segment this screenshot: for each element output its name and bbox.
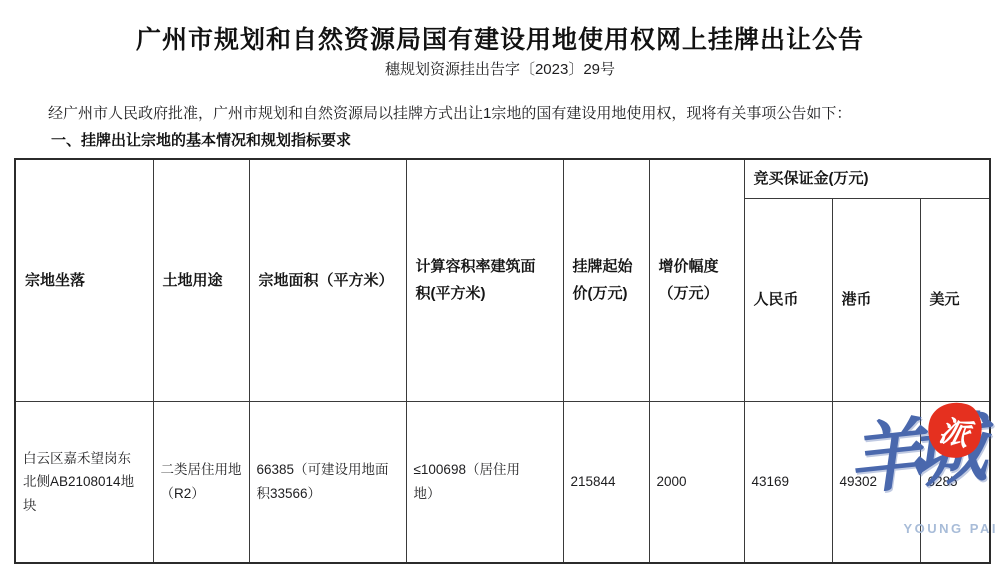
cell-floor-area: ≤100698（居住用 地）	[406, 402, 563, 563]
col-header-deposit-group: 竞买保证金(万元)	[744, 159, 990, 199]
cell-deposit-usd: 6285	[920, 402, 990, 563]
col-header-starting-price: 挂牌起始 价(万元)	[563, 159, 649, 402]
doc-number: 穗规划资源挂出告字〔2023〕29号	[0, 58, 1000, 79]
section-heading: 一、挂牌出让宗地的基本情况和规划指标要求	[18, 129, 982, 150]
cell-deposit-hkd: 49302	[832, 402, 920, 563]
col-header-deposit-rmb: 人民币	[744, 199, 832, 402]
cell-parcel-area: 66385（可建设用地面 积33566）	[249, 402, 406, 563]
col-header-parcel-area: 宗地面积（平方米）	[249, 159, 406, 402]
col-header-deposit-hkd: 港币	[832, 199, 920, 402]
col-header-land-use: 土地用途	[153, 159, 249, 402]
cell-land-use: 二类居住用地 （R2）	[153, 402, 249, 563]
col-header-floor-area: 计算容积率建筑面 积(平方米)	[406, 159, 563, 402]
cell-deposit-rmb: 43169	[744, 402, 832, 563]
col-header-deposit-usd: 美元	[920, 199, 990, 402]
page-title: 广州市规划和自然资源局国有建设用地使用权网上挂牌出让公告	[0, 20, 1000, 56]
col-header-increment: 增价幅度 （万元）	[649, 159, 744, 402]
cell-starting-price: 215844	[563, 402, 649, 563]
table-row: 白云区嘉禾望岗东 北侧AB2108014地 块 二类居住用地 （R2） 6638…	[15, 402, 990, 563]
cell-increment: 2000	[649, 402, 744, 563]
announcement-page: 广州市规划和自然资源局国有建设用地使用权网上挂牌出让公告 穗规划资源挂出告字〔2…	[0, 0, 1000, 566]
intro-paragraph: 经广州市人民政府批准，广州市规划和自然资源局以挂牌方式出让1宗地的国有建设用地使…	[18, 103, 982, 125]
cell-parcel-location: 白云区嘉禾望岗东 北侧AB2108014地 块	[15, 402, 153, 563]
land-parcel-table: 宗地坐落 土地用途 宗地面积（平方米） 计算容积率建筑面 积(平方米) 挂牌起始…	[14, 158, 991, 564]
col-header-parcel-location: 宗地坐落	[15, 159, 153, 402]
